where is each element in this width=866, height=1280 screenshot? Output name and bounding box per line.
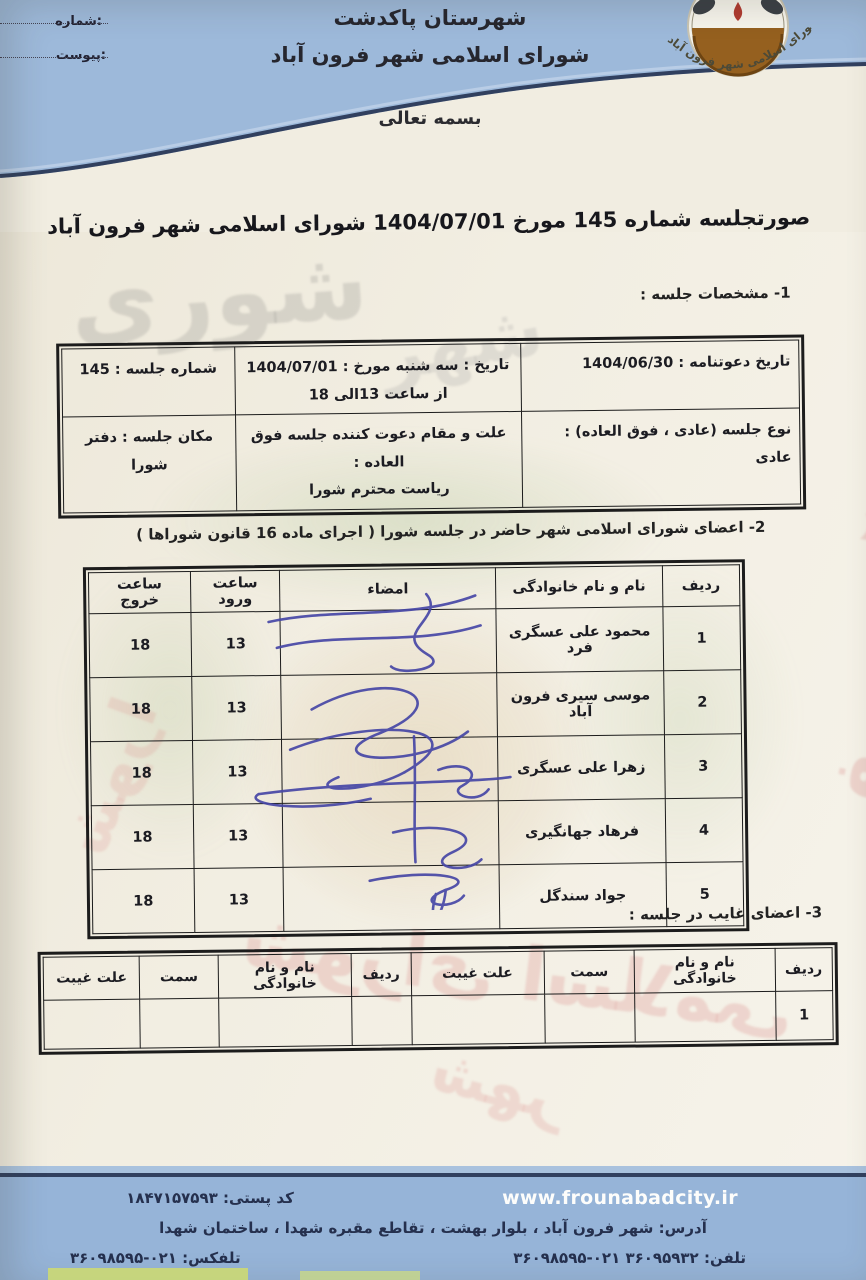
document-page: شوری شهر فرون آباد شورای اسلامی شهر شورا… <box>0 0 866 1280</box>
photo-vignette <box>0 0 866 1280</box>
highlight-slip <box>48 1268 248 1280</box>
highlight-slip <box>300 1271 420 1280</box>
